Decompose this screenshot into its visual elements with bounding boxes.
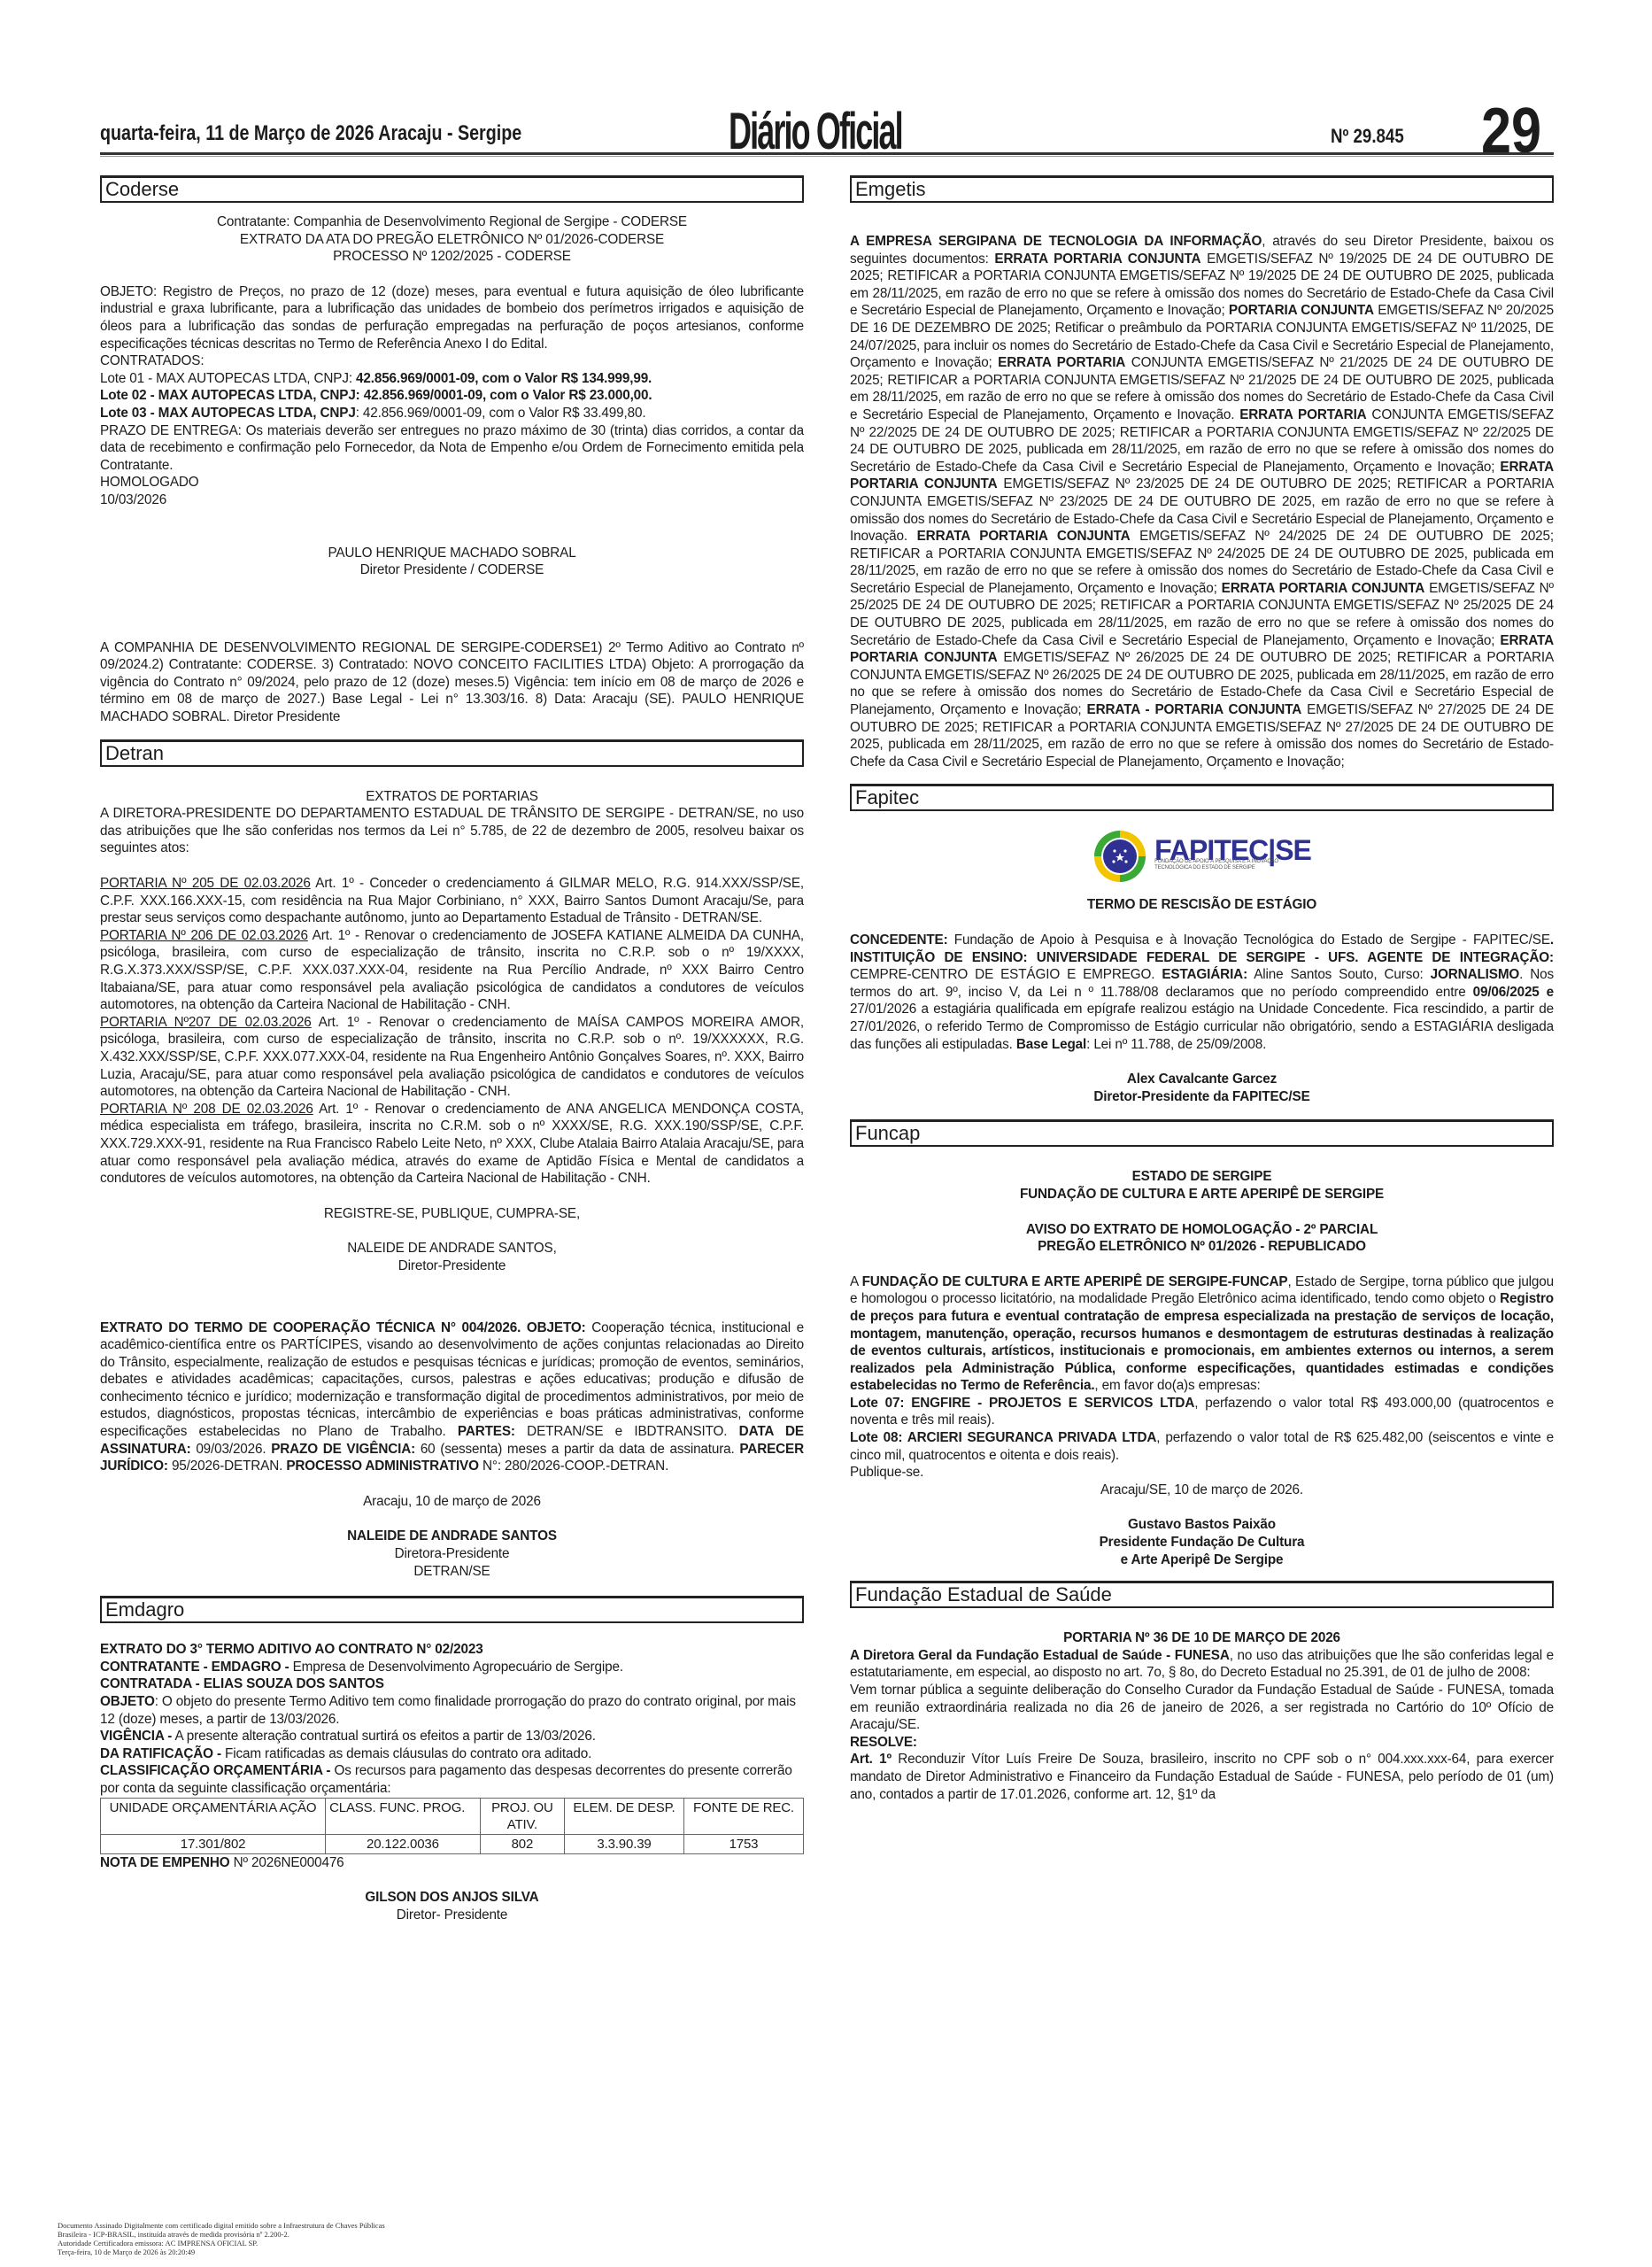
detran-signature-1-name: NALEIDE DE ANDRADE SANTOS, xyxy=(100,1240,804,1257)
funcap-body: A FUNDAÇÃO DE CULTURA E ARTE APERIPÊ DE … xyxy=(850,1273,1554,1395)
coderse-contratados-label: CONTRATADOS: xyxy=(100,352,804,370)
fapitec-signature-role: Diretor-Presidente da FAPITEC/SE xyxy=(850,1088,1554,1106)
detran-signature-1-role: Diretor-Presidente xyxy=(100,1257,804,1275)
digital-signature-footer: Documento Assinado Digitalmente com cert… xyxy=(58,2221,385,2256)
funcap-head-3: AVISO DO EXTRATO DE HOMOLOGAÇÃO - 2º PAR… xyxy=(850,1221,1554,1239)
section-header-detran: Detran xyxy=(100,739,804,767)
header-divider-thin xyxy=(100,156,1554,157)
funcap-signature-3: e Arte Aperipê De Sergipe xyxy=(850,1551,1554,1569)
budget-table: UNIDADE ORÇAMENTÁRIA AÇÃO CLASS. FUNC. P… xyxy=(100,1798,804,1854)
text-run: ERRATA PORTARIA xyxy=(1239,407,1366,422)
coderse-signature-name: PAULO HENRIQUE MACHADO SOBRAL xyxy=(100,545,804,562)
text-run: PORTARIA CONJUNTA xyxy=(1229,303,1374,318)
left-column: Coderse Contratante: Companhia de Desenv… xyxy=(100,175,804,1923)
funesa-title: PORTARIA Nº 36 DE 10 DE MARÇO DE 2026 xyxy=(850,1629,1554,1647)
portaria-205: PORTARIA Nº 205 DE 02.03.2026 Art. 1º - … xyxy=(100,875,804,927)
text-run: FUNDAÇÃO DE CULTURA E ARTE APERIPÊ DE SE… xyxy=(862,1274,1288,1289)
text-run: CEMPRE-CENTRO DE ESTÁGIO E EMPREGO. xyxy=(850,967,1162,982)
budget-table-header: UNIDADE ORÇAMENTÁRIA AÇÃO CLASS. FUNC. P… xyxy=(101,1798,804,1834)
funcap-head-4: PREGÃO ELETRÔNICO Nº 01/2026 - REPUBLICA… xyxy=(850,1238,1554,1256)
detran-signature-2-name: NALEIDE DE ANDRADE SANTOS xyxy=(100,1528,804,1545)
section-header-funcap: Funcap xyxy=(850,1119,1554,1147)
emdagro-contratada: CONTRATADA - ELIAS SOUZA DOS SANTOS xyxy=(100,1675,804,1693)
text-run: ERRATA PORTARIA CONJUNTA xyxy=(1222,581,1425,596)
fapitec-logo-sub-2: TECNOLÓGICA DO ESTADO DE SERGIPE xyxy=(1154,865,1311,871)
fapitec-logo-name: FAPITEC|SE xyxy=(1154,842,1311,860)
fapitec-title: TERMO DE RESCISÃO DE ESTÁGIO xyxy=(850,896,1554,914)
emdagro-title: EXTRATO DO 3° TERMO ADITIVO AO CONTRATO … xyxy=(100,1641,804,1659)
funcap-section: ESTADO DE SERGIPE FUNDAÇÃO DE CULTURA E … xyxy=(850,1147,1554,1581)
coderse-signature-role: Diretor Presidente / CODERSE xyxy=(100,561,804,579)
emgetis-body: A EMPRESA SERGIPANA DE TECNOLOGIA DA INF… xyxy=(850,233,1554,770)
funesa-section: PORTARIA Nº 36 DE 10 DE MARÇO DE 2026 A … xyxy=(850,1608,1554,1803)
detran-title: EXTRATOS DE PORTARIAS xyxy=(100,788,804,806)
header-divider xyxy=(100,152,1554,155)
funcap-signature-1: Gustavo Bastos Paixão xyxy=(850,1516,1554,1534)
fapitec-body: CONCEDENTE: Fundação de Apoio à Pesquisa… xyxy=(850,932,1554,1053)
funcap-publique: Publique-se. xyxy=(850,1464,1554,1482)
section-header-emdagro: Emdagro xyxy=(100,1596,804,1623)
funesa-para-2: Vem tornar pública a seguinte deliberaçã… xyxy=(850,1682,1554,1734)
coderse-section: Contratante: Companhia de Desenvolviment… xyxy=(100,203,804,739)
coderse-lote-03: Lote 03 - MAX AUTOPECAS LTDA, CNPJ: 42.8… xyxy=(100,405,804,422)
coderse-prazo: PRAZO DE ENTREGA: Os materiais deverão s… xyxy=(100,422,804,475)
detran-local-date: Aracaju, 10 de março de 2026 xyxy=(100,1493,804,1511)
text-run: Base Legal xyxy=(1016,1037,1086,1052)
text-run: Fundação de Apoio à Pesquisa e à Inovaçã… xyxy=(948,932,1550,948)
text-run: : Lei nº 11.788, de 25/09/2008. xyxy=(1086,1037,1266,1052)
emgetis-section: A EMPRESA SERGIPANA DE TECNOLOGIA DA INF… xyxy=(850,203,1554,784)
issue-date: quarta-feira, 11 de Março de 2026 Aracaj… xyxy=(100,121,521,146)
text-run: Aline Santos Souto, Curso: xyxy=(1247,967,1431,982)
funcap-head-2: FUNDAÇÃO DE CULTURA E ARTE APERIPÊ DE SE… xyxy=(850,1186,1554,1203)
section-header-coderse: Coderse xyxy=(100,175,804,203)
funcap-lote-08: Lote 08: ARCIERI SEGURANCA PRIVADA LTDA,… xyxy=(850,1429,1554,1464)
text-run: ERRATA PORTARIA xyxy=(998,355,1125,370)
funesa-art-1: Art. 1º Reconduzir Vítor Luís Freire De … xyxy=(850,1751,1554,1803)
section-header-fapitec: Fapitec xyxy=(850,784,1554,811)
text-run: 09/06/2025 e xyxy=(1473,985,1554,1000)
text-run: JORNALISMO xyxy=(1431,967,1519,982)
detran-signature-2-org: DETRAN/SE xyxy=(100,1563,804,1581)
section-header-emgetis: Emgetis xyxy=(850,175,1554,203)
coderse-objeto: OBJETO: Registro de Preços, no prazo de … xyxy=(100,283,804,352)
fapitec-emblem-icon xyxy=(1092,829,1147,884)
emdagro-section: EXTRATO DO 3° TERMO ADITIVO AO CONTRATO … xyxy=(100,1623,804,1923)
portaria-207: PORTARIA Nº207 DE 02.03.2026 Art. 1º - R… xyxy=(100,1014,804,1101)
funcap-head-1: ESTADO DE SERGIPE xyxy=(850,1168,1554,1186)
fapitec-logo: FAPITEC|SE FUNDAÇÃO DE APOIO À PESQUISA … xyxy=(850,829,1554,884)
footer-line-1: Documento Assinado Digitalmente com cert… xyxy=(58,2221,385,2230)
emdagro-signature-role: Diretor- Presidente xyxy=(100,1907,804,1924)
section-header-funesa: Fundação Estadual de Saúde xyxy=(850,1581,1554,1608)
portaria-208: PORTARIA Nº 208 DE 02.03.2026 Art. 1º - … xyxy=(100,1101,804,1188)
funesa-resolve: RESOLVE: xyxy=(850,1734,1554,1752)
funcap-signature-2: Presidente Fundação De Cultura xyxy=(850,1534,1554,1551)
footer-line-3: Autoridade Certificadora emissora: AC IM… xyxy=(58,2239,385,2248)
footer-line-2: Brasileira - ICP-BRASIL, instituída atra… xyxy=(58,2230,385,2239)
edition-number: Nº 29.845 xyxy=(1331,125,1404,148)
text-run: CONCEDENTE: xyxy=(850,932,948,948)
text-run: , em favor do(a)s empresas: xyxy=(1094,1378,1260,1393)
coderse-heading-2: EXTRATO DA ATA DO PREGÃO ELETRÔNICO Nº 0… xyxy=(100,231,804,249)
emdagro-signature-name: GILSON DOS ANJOS SILVA xyxy=(100,1889,804,1907)
coderse-lote-02: Lote 02 - MAX AUTOPECAS LTDA, CNPJ: 42.8… xyxy=(100,387,804,405)
detran-signature-2-role: Diretora-Presidente xyxy=(100,1545,804,1563)
right-column: Emgetis A EMPRESA SERGIPANA DE TECNOLOGI… xyxy=(850,175,1554,1803)
text-run: ERRATA - PORTARIA CONJUNTA xyxy=(1087,702,1302,717)
emdagro-classificacao: CLASSIFICAÇÃO ORÇAMENTÁRIA - Os recursos… xyxy=(100,1762,804,1797)
coderse-heading-3: PROCESSO Nº 1202/2025 - CODERSE xyxy=(100,248,804,266)
text-run: ERRATA PORTARIA CONJUNTA xyxy=(994,251,1200,267)
text-run: A EMPRESA SERGIPANA DE TECNOLOGIA DA INF… xyxy=(850,234,1262,249)
detran-section: EXTRATOS DE PORTARIAS A DIRETORA-PRESIDE… xyxy=(100,767,804,1597)
emdagro-ratificacao: DA RATIFICAÇÃO - Ficam ratificadas as de… xyxy=(100,1745,804,1763)
footer-line-4: Terça-feira, 10 de Março de 2026 às 20:2… xyxy=(58,2248,385,2256)
emdagro-vigencia: VIGÊNCIA - A presente alteração contratu… xyxy=(100,1728,804,1745)
emdagro-objeto: OBJETO: O objeto do presente Termo Aditi… xyxy=(100,1693,804,1728)
emdagro-contratante: CONTRATANTE - EMDAGRO - Empresa de Desen… xyxy=(100,1659,804,1676)
emdagro-nota-empenho: NOTA DE EMPENHO Nº 2026NE000476 xyxy=(100,1854,804,1872)
coderse-date: 10/03/2026 xyxy=(100,491,804,509)
fapitec-signature-name: Alex Cavalcante Garcez xyxy=(850,1071,1554,1088)
detran-cooperacao: EXTRATO DO TERMO DE COOPERAÇÃO TÉCNICA N… xyxy=(100,1319,804,1475)
funesa-para-1: A Diretora Geral da Fundação Estadual de… xyxy=(850,1647,1554,1682)
coderse-lote-01: Lote 01 - MAX AUTOPECAS LTDA, CNPJ: 42.8… xyxy=(100,370,804,388)
coderse-aditivo: A COMPANHIA DE DESENVOLVIMENTO REGIONAL … xyxy=(100,639,804,726)
text-run: ESTAGIÁRIA: xyxy=(1162,967,1247,982)
coderse-heading-1: Contratante: Companhia de Desenvolviment… xyxy=(100,213,804,231)
table-row: 17.301/802 20.122.0036 802 3.3.90.39 175… xyxy=(101,1834,804,1853)
page-header: quarta-feira, 11 de Março de 2026 Aracaj… xyxy=(100,102,1554,155)
fapitec-section: FAPITEC|SE FUNDAÇÃO DE APOIO À PESQUISA … xyxy=(850,829,1554,1119)
funcap-local-date: Aracaju/SE, 10 de março de 2026. xyxy=(850,1482,1554,1499)
detran-registre: REGISTRE-SE, PUBLIQUE, CUMPRA-SE, xyxy=(100,1205,804,1223)
portaria-206: PORTARIA Nº 206 DE 02.03.2026 Art. 1º - … xyxy=(100,927,804,1014)
text-run: ERRATA PORTARIA CONJUNTA xyxy=(917,529,1131,544)
coderse-homologado: HOMOLOGADO xyxy=(100,474,804,491)
text-run: A xyxy=(850,1274,862,1289)
detran-intro: A DIRETORA-PRESIDENTE DO DEPARTAMENTO ES… xyxy=(100,805,804,857)
funcap-lote-07: Lote 07: ENGFIRE - PROJETOS E SERVICOS L… xyxy=(850,1395,1554,1429)
